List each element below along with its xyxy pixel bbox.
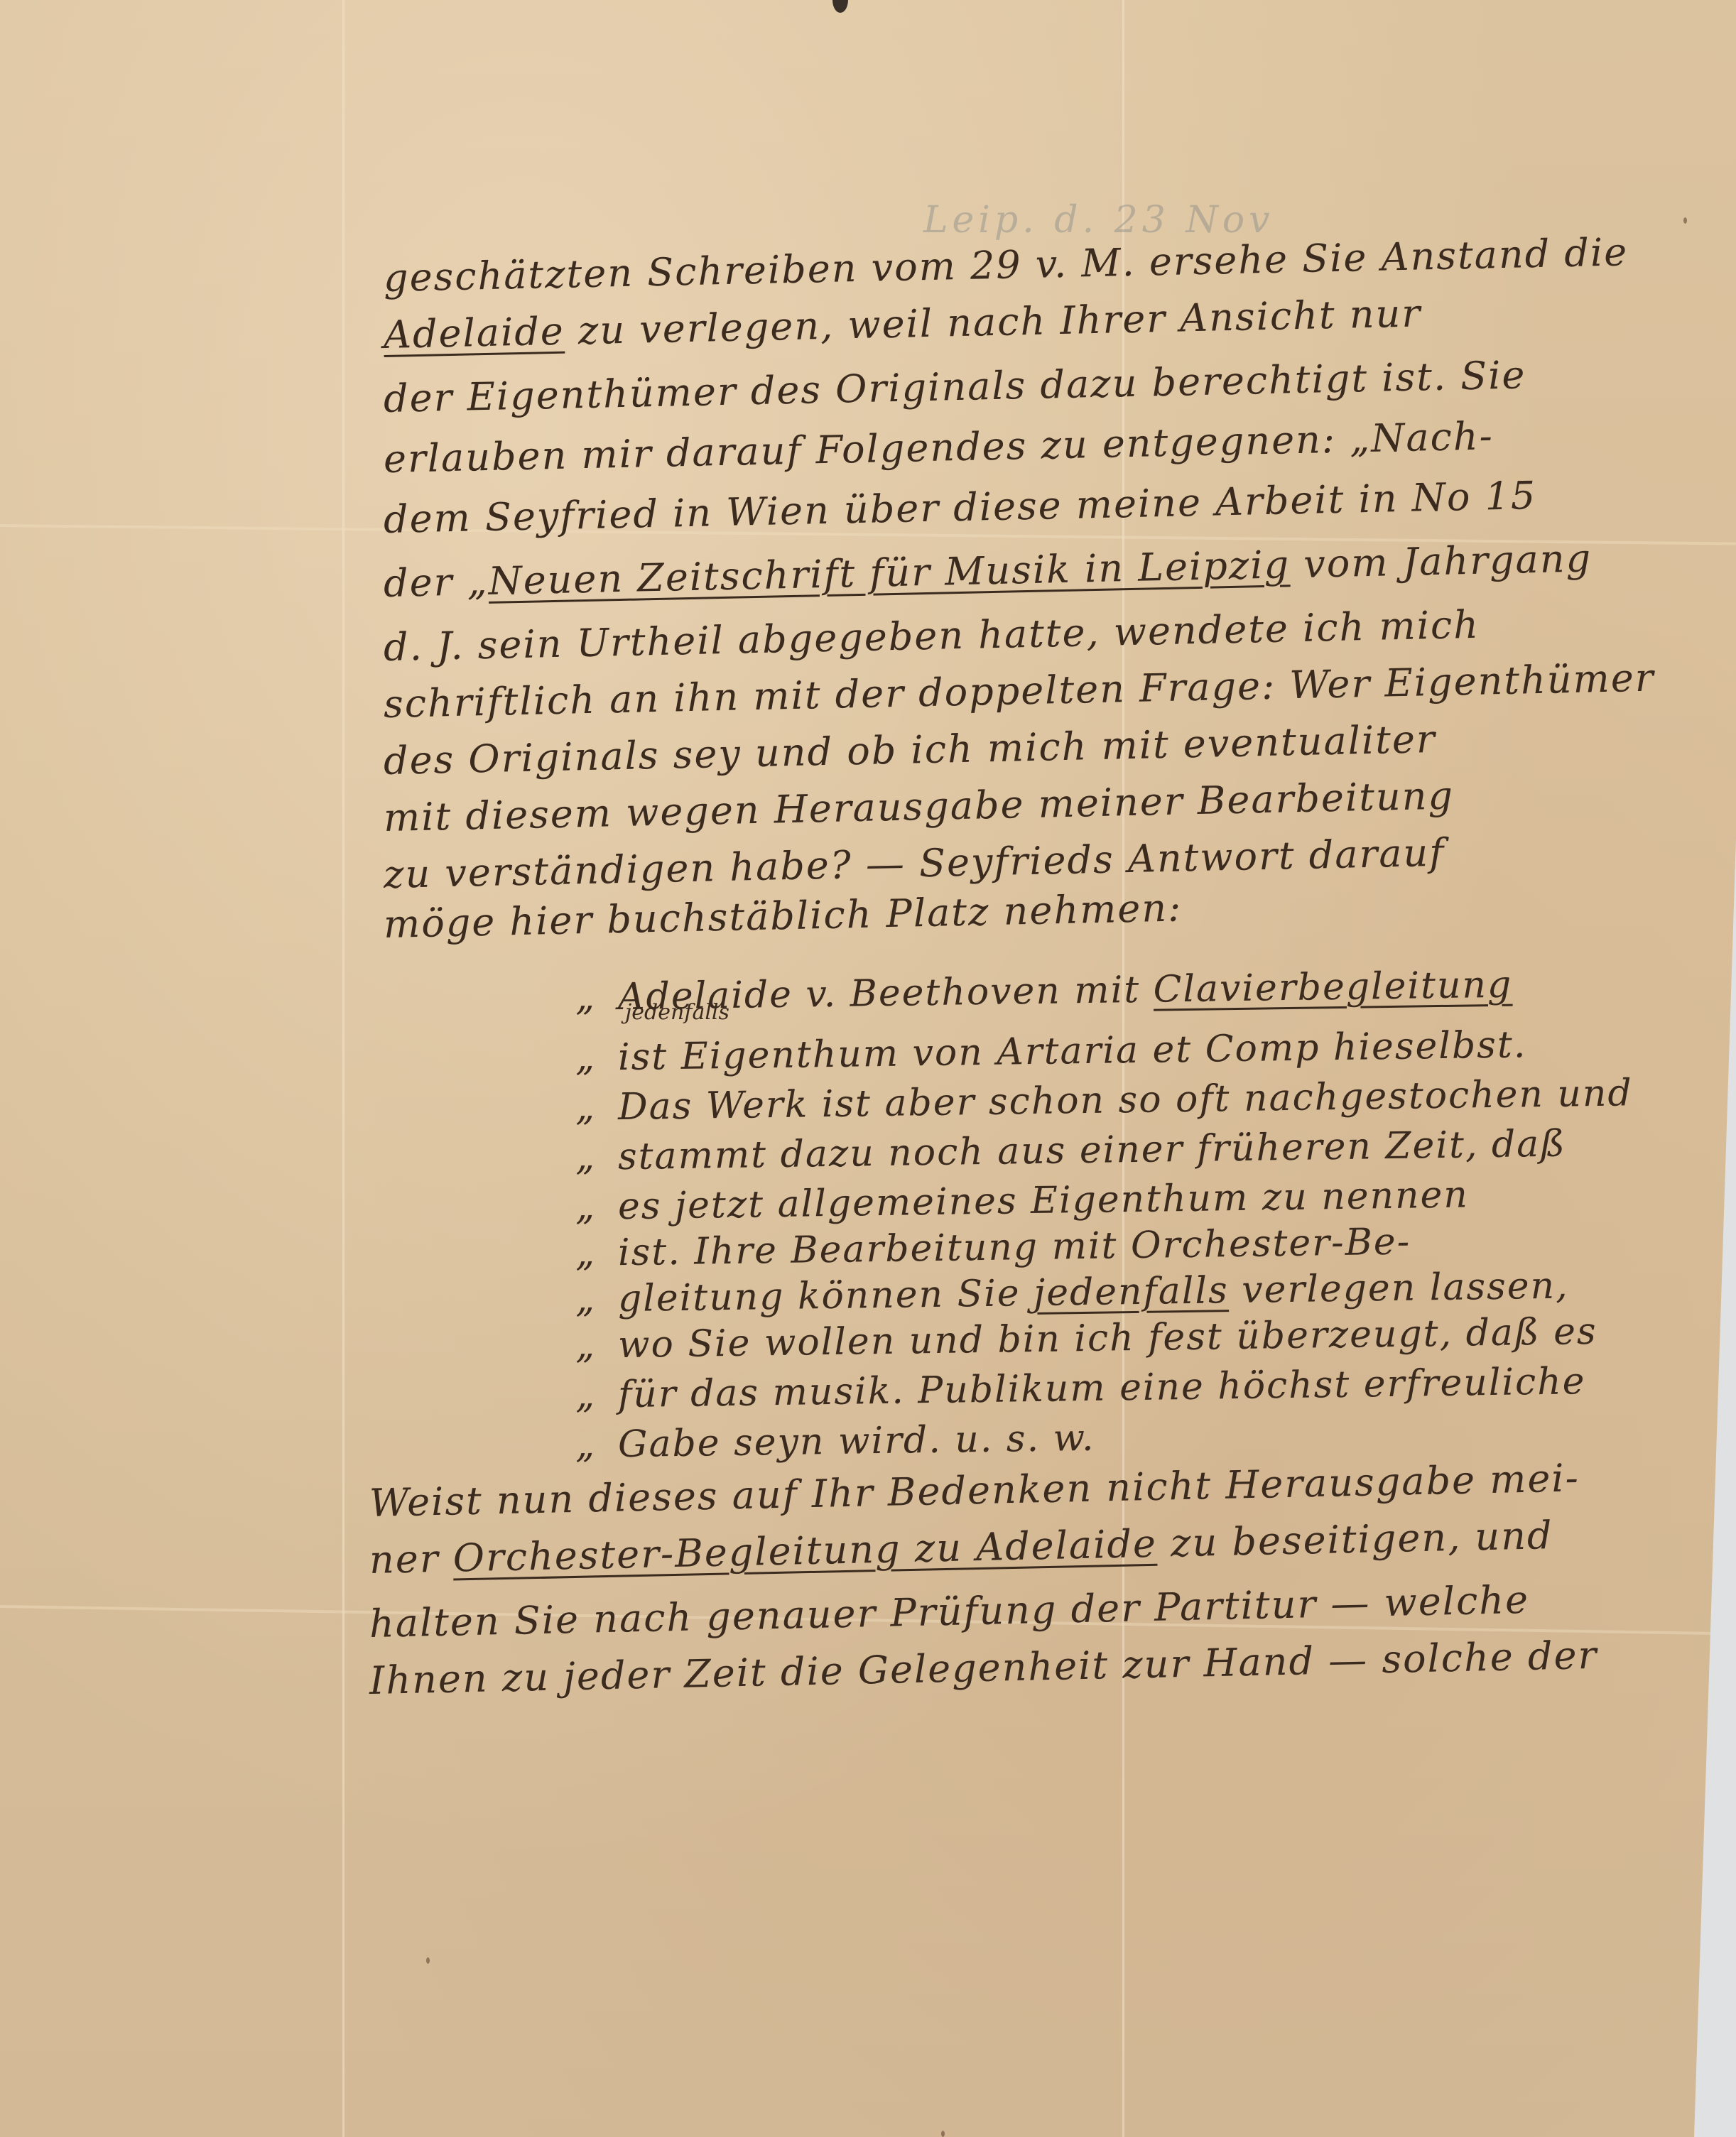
underlined-clavier: Clavierbegleitung — [1153, 964, 1512, 1011]
ink-blot — [832, 0, 848, 13]
body-line: des Originals sey und ob ich mich mit ev… — [383, 717, 1436, 783]
body-line: dem Seyfried in Wien über diese meine Ar… — [383, 473, 1537, 542]
closing-line: Ihnen zu jeder Zeit die Gelegenheit zur … — [369, 1633, 1598, 1703]
body-line: schriftlich an ihn mit der doppelten Fra… — [383, 656, 1655, 727]
underlined-journal: Neuen Zeitschrift für Musik in Leipzig — [488, 542, 1291, 604]
quoted-line: „stammt dazu noch aus einer früheren Zei… — [575, 1123, 1567, 1179]
body-line: der „Neuen Zeitschrift für Musik in Leip… — [383, 535, 1592, 606]
letter-page: Leip. d. 23 Nov geschätzten Schreiben vo… — [0, 0, 1736, 2137]
body-line: d. J. sein Urtheil abgegeben hatte, wend… — [383, 602, 1480, 670]
paper-spot — [426, 1957, 430, 1964]
underlined-adelaide: Adelaide — [383, 309, 565, 357]
body-line: der Eigenthümer des Originals dazu berec… — [383, 352, 1526, 421]
quoted-line: „Gabe seyn wird. u. s. w. — [575, 1417, 1095, 1467]
quoted-line: „Das Werk ist aber schon so oft nachgest… — [575, 1072, 1634, 1129]
closing-line: Weist nun dieses auf Ihr Bedenken nicht … — [369, 1455, 1580, 1526]
pencil-note: Leip. d. 23 Nov — [923, 199, 1274, 241]
quoted-line: „es jetzt allgemeines Eigenthum zu nenne… — [575, 1173, 1470, 1229]
body-line: zu verständigen habe? — Seyfrieds Antwor… — [383, 830, 1445, 897]
quoted-line: „ist Eigenthum von Artaria et Comp hiese… — [575, 1023, 1527, 1080]
underlined-jedenfalls: jedenfalls — [1034, 1269, 1229, 1315]
underlined-orchester: Orchester-Begleitung zu Adelaide — [452, 1521, 1157, 1581]
body-line: erlauben mir darauf Folgendes zu entgegn… — [383, 413, 1494, 482]
body-line: Adelaide zu verlegen, weil nach Ihrer An… — [383, 290, 1421, 357]
closing-line: ner Orchester-Begleitung zu Adelaide zu … — [369, 1513, 1553, 1582]
body-line: mit diesem wegen Herausgabe meiner Bearb… — [383, 773, 1454, 840]
quoted-line: „für das musik. Publikum eine höchst erf… — [575, 1360, 1586, 1417]
paper-spot — [1683, 217, 1687, 224]
vertical-fold-left — [342, 0, 345, 2137]
quoted-line: „ist. Ihre Bearbeitung mit Orchester-Be- — [575, 1221, 1411, 1275]
paper-spot — [941, 2131, 945, 2137]
quoted-line: „Adelaide v. Beethoven mit Clavierbeglei… — [575, 964, 1513, 1019]
closing-line: halten Sie nach genauer Prüfung der Part… — [369, 1577, 1529, 1646]
body-line-rest: zu verlegen, weil nach Ihrer Ansicht nur — [577, 290, 1422, 353]
